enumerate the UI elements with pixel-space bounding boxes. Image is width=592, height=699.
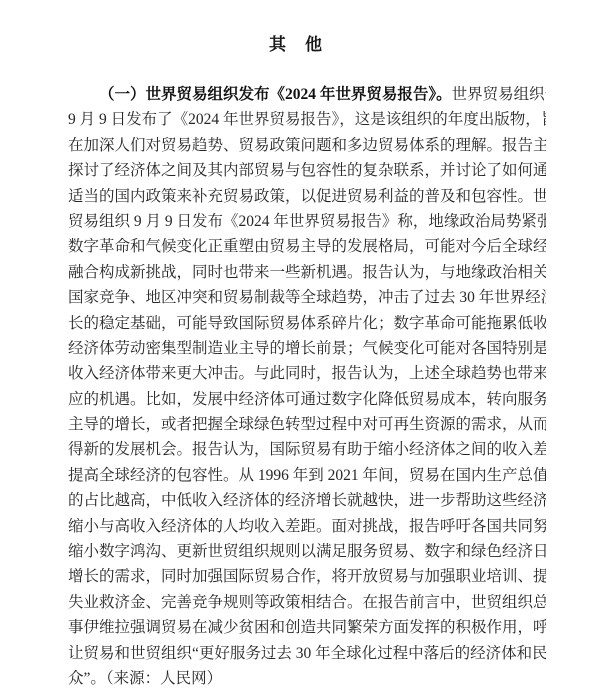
text-line: 收入经济体带来更大冲击。与此同时，报告认为，上述全球趋势也带来相 xyxy=(68,361,546,386)
text-line: 得新的发展机会。报告认为，国际贸易有助于缩小经济体之间的收入差距， xyxy=(68,437,546,462)
text-line: 数字革命和气候变化正重塑由贸易主导的发展格局，可能对今后全球经济 xyxy=(68,234,546,259)
lead-bold-text: （一）世界贸易组织发布《2024 年世界贸易报告》。 xyxy=(99,86,452,103)
document-page: 其 他 （一）世界贸易组织发布《2024 年世界贸易报告》。世界贸易组织于 9 … xyxy=(0,0,592,699)
text-line: 增长的需求，同时加强国际贸易合作，将开放贸易与加强职业培训、提供 xyxy=(68,564,546,589)
text-line: 事伊维拉强调贸易在减少贫困和创造共同繁荣方面发挥的积极作用，呼吁 xyxy=(68,615,546,640)
text-line: 探讨了经济体之间及其内部贸易与包容性的复杂联系，并讨论了如何通过 xyxy=(68,158,546,183)
text-line: 经济体劳动密集型制造业主导的增长前景；气候变化可能对各国特别是低 xyxy=(68,336,546,361)
document-body: （一）世界贸易组织发布《2024 年世界贸易报告》。世界贸易组织于 9 月 9 … xyxy=(68,82,546,691)
text-line: 缩小数字鸿沟、更新世贸组织规则以满足服务贸易、数字和绿色经济日益 xyxy=(68,539,546,564)
text-line: 国家竞争、地区冲突和贸易制裁等全球趋势，冲击了过去 30 年世界经济增 xyxy=(68,285,546,310)
text-line: 失业救济金、完善竞争规则等政策相结合。在报告前言中，世贸组织总干 xyxy=(68,590,546,615)
text-line-source: 众”。（来源：人民网） xyxy=(68,666,546,691)
text-line: 贸易组织 9 月 9 日发布《2024 年世界贸易报告》称，地缘政治局势紧张、 xyxy=(68,209,546,234)
text-line: 让贸易和世贸组织“更好服务过去 30 年全球化过程中落后的经济体和民 xyxy=(68,641,546,666)
text-line: 的占比越高，中低收入经济体的经济增长就越快，进一步帮助这些经济体 xyxy=(68,488,546,513)
lead-rest-text: 世界贸易组织于 xyxy=(452,86,546,103)
text-line: 应的机遇。比如，发展中经济体可通过数字化降低贸易成本，转向服务业 xyxy=(68,387,546,412)
page-title: 其 他 xyxy=(0,34,592,56)
text-line: 融合构成新挑战，同时也带来一些新机遇。报告认为，与地缘政治相关的 xyxy=(68,260,546,285)
text-line: 主导的增长，或者把握全球绿色转型过程中对可再生资源的需求，从而获 xyxy=(68,412,546,437)
text-line: 长的稳定基础，可能导致国际贸易体系碎片化；数字革命可能拖累低收入 xyxy=(68,311,546,336)
text-line-lead: （一）世界贸易组织发布《2024 年世界贸易报告》。世界贸易组织于 xyxy=(68,82,546,107)
text-line: 提高全球经济的包容性。从 1996 年到 2021 年间，贸易在国内生产总值中 xyxy=(68,463,546,488)
text-line: 9 月 9 日发布了《2024 年世界贸易报告》，这是该组织的年度出版物，旨 xyxy=(68,107,546,132)
text-line: 缩小与高收入经济体的人均收入差距。面对挑战，报告呼吁各国共同努力， xyxy=(68,514,546,539)
text-line: 在加深人们对贸易趋势、贸易政策问题和多边贸易体系的理解。报告主要 xyxy=(68,133,546,158)
text-line: 适当的国内政策来补充贸易政策，以促进贸易利益的普及和包容性。世界 xyxy=(68,184,546,209)
